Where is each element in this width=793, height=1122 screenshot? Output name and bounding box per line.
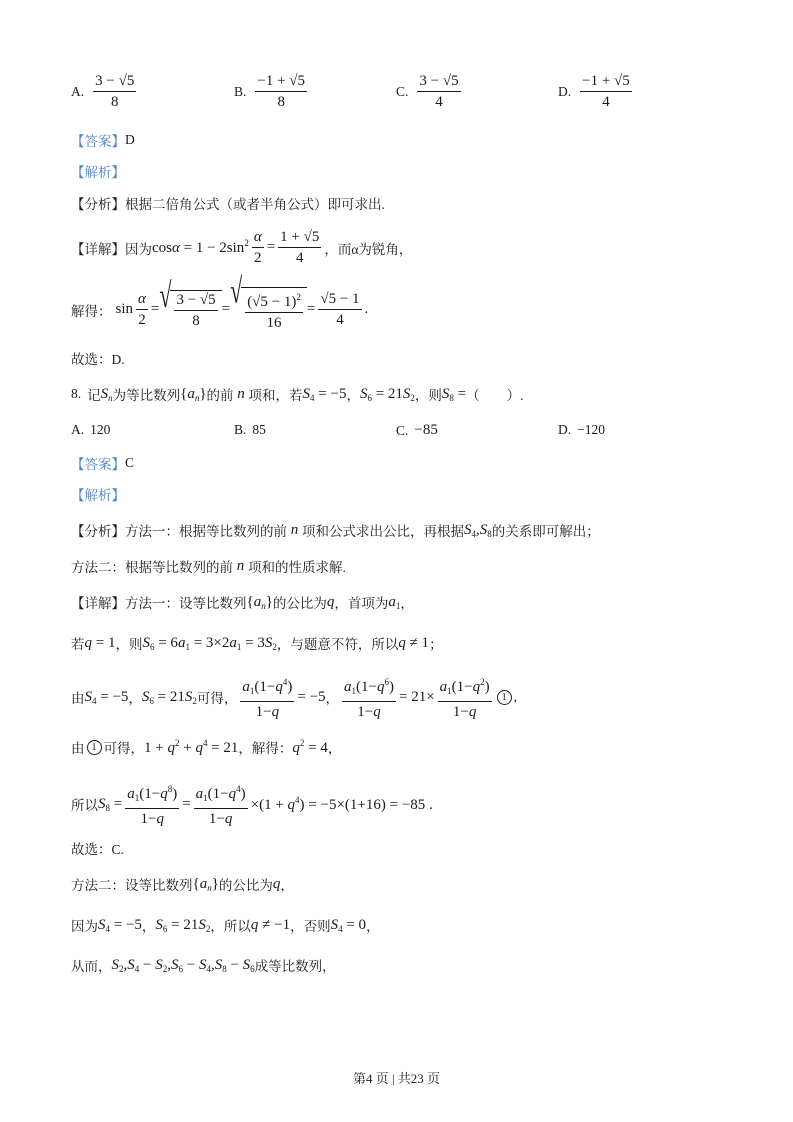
analysis-tag: 【解析】	[71, 161, 125, 181]
fraction: 3 − √5 8	[93, 72, 136, 111]
q8-choose: 故选：C.	[71, 838, 124, 858]
xiangjie-suffix: ，而α为锐角，	[324, 238, 412, 258]
q8-m1-line1: 【详解】 方法一：设等比数列 {an} 的公比为 q ，首项为 a1，	[71, 592, 414, 612]
fraction: −1 + √5 4	[580, 72, 632, 111]
option-label: D.	[558, 84, 571, 100]
option-label: B.	[234, 84, 246, 100]
fenxi-text: 根据二倍角公式（或者半角公式）即可求出.	[125, 193, 385, 213]
sqrt-expr: √(√5 − 1)216	[230, 287, 307, 332]
q8-option-c: C. −85	[396, 422, 438, 439]
xiangjie-prefix: 因为	[125, 238, 152, 258]
page-footer: 第4 页 | 共23 页	[0, 1068, 793, 1087]
circled-one-marker: 1	[87, 740, 102, 755]
q8-m1-line2: 若 q = 1 ，则 S6 = 6a1 = 3×2a1 = 3S2 ，与题意不符…	[71, 633, 443, 653]
q8-m2-line3: 从而， S2,S4 − S2,S6 − S4,S8 − S6 成等比数列，	[71, 955, 336, 975]
q8-method2-summary: 方法二：根据等比数列的前 n 项和的性质求解.	[71, 556, 346, 576]
q8-option-d: D. −120	[558, 422, 605, 438]
fenxi-tag: 【分析】	[71, 520, 125, 540]
q8-option-a: A. 120	[71, 422, 110, 438]
q7-option-a: A. 3 − √5 8	[71, 72, 139, 111]
answer-value: D	[125, 132, 135, 148]
q7-answer: 【答案】 D	[71, 130, 135, 150]
q7-fenxi: 【分析】 根据二倍角公式（或者半角公式）即可求出.	[71, 193, 385, 213]
q7-option-d: D. −1 + √5 4	[558, 72, 635, 111]
question-number: 8.	[71, 386, 81, 402]
xiangjie-tag: 【详解】	[71, 238, 125, 258]
answer-tag: 【答案】	[71, 130, 125, 150]
q8-analysis-heading: 【解析】	[71, 484, 125, 504]
solve-prefix: 解得：	[71, 300, 112, 320]
sqrt-expr: √3 − √58	[159, 290, 221, 330]
answer-tag: 【答案】	[71, 453, 125, 473]
q7-option-c: C. 3 − √5 4	[396, 72, 464, 111]
q8-m1-line4: 由 1 可得， 1 + q2 + q4 = 21 ，解得： q2 = 4，	[71, 737, 341, 757]
xiangjie-tag: 【详解】	[71, 592, 125, 612]
fenxi-tag: 【分析】	[71, 193, 125, 213]
q7-analysis-heading: 【解析】	[71, 161, 125, 181]
q8-m1-line3: 由 S4 = −5， S6 = 21S2 可得， a1(1−q4)1−q = −…	[71, 673, 517, 721]
q8-m2-line2: 因为 S4 = −5， S6 = 21S2 ，所以 q ≠ −1 ，否则 S4 …	[71, 915, 380, 935]
fraction: −1 + √5 8	[255, 72, 307, 111]
q7-solve: 解得： sin α2 = √3 − √58 = √(√5 − 1)216 = √…	[71, 287, 368, 332]
option-label: A.	[71, 84, 84, 100]
q8-fenxi: 【分析】 方法一：根据等比数列的前 n 项和公式求出公比，再根据 S4,S8 的…	[71, 520, 600, 540]
q8-answer: 【答案】 C	[71, 453, 134, 473]
q8-m1-line5: 所以 S8 = a1(1−q8)1−q = a1(1−q4)1−q ×(1 + …	[71, 780, 433, 828]
q8-stem: 8. 记Sn为等比数列 {an} 的前 n 项和，若 S4 = −5， S6 =…	[71, 384, 524, 404]
q7-choose: 故选：D.	[71, 348, 125, 368]
answer-value: C	[125, 455, 134, 471]
xiangjie-equation: cosα = 1 − 2sin2	[152, 238, 249, 257]
fraction: 3 − √5 4	[417, 72, 460, 111]
q8-option-b: B. 85	[234, 422, 266, 438]
analysis-tag: 【解析】	[71, 484, 125, 504]
q8-m2-line1: 方法二：设等比数列 {an} 的公比为 q，	[71, 874, 294, 894]
q7-xiangjie: 【详解】 因为 cosα = 1 − 2sin2 α2 = 1 + √54 ，而…	[71, 228, 412, 267]
circled-one-marker: 1	[497, 690, 512, 705]
option-label: C.	[396, 84, 408, 100]
q7-option-b: B. −1 + √5 8	[234, 72, 310, 111]
